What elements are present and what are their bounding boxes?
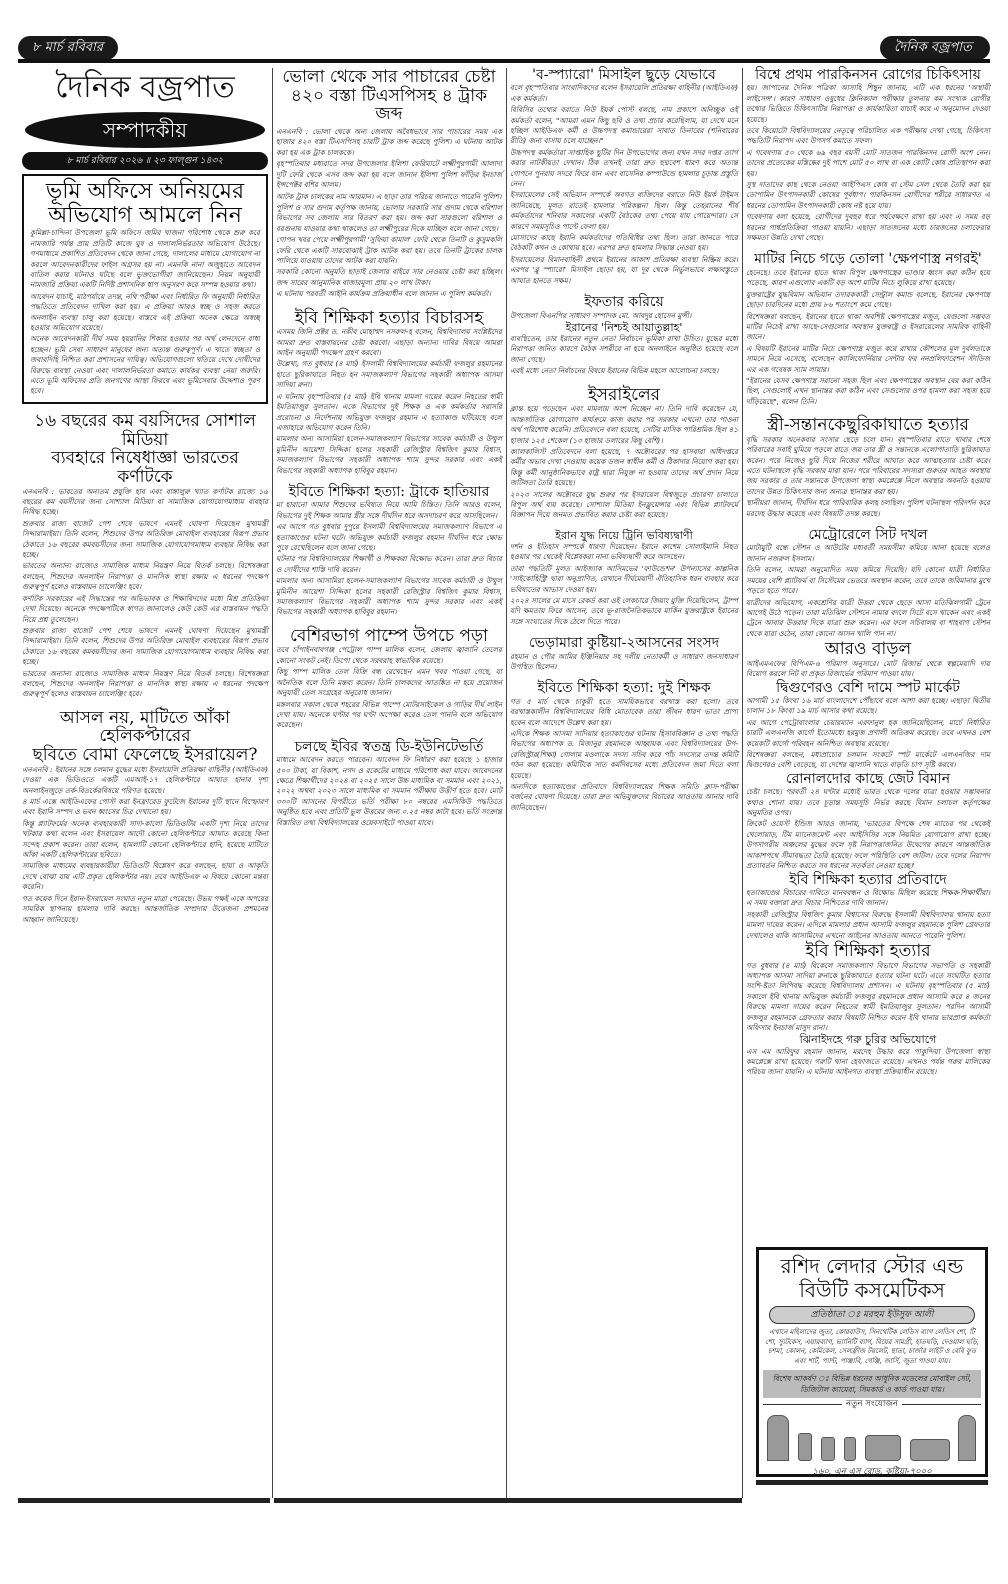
article-paragraph: তিনি বলেন, আমরা অনুমোদিত সময় কমিয়ে দিয… xyxy=(746,565,990,596)
article-paragraph: এর আগে গত বুধবার দুপুরে ইসলামী বিশ্ববিদ্… xyxy=(276,522,502,553)
article-paragraph: তারা পদ্ধতিটি মূলত আইজ্যাক আসিমভের 'ফাউন… xyxy=(510,564,738,595)
article-headline: ব্যবহারে নিষেধাজ্ঞা ভারতের কর্ণাটকে xyxy=(22,449,268,486)
article-headline: ইফতার করিয়ে xyxy=(510,295,738,310)
ad-title-line1: রশিদ লেদার স্টোর এন্ড xyxy=(763,1254,981,1278)
article-paragraph: বৃহস্পতিবার মধ্যরাতে সদর উপজেলার ইলিশা ফ… xyxy=(276,159,502,190)
article-paragraph: সরকারি কোনো অনুমতি ছাড়াই জেলার বাইরে সা… xyxy=(276,267,502,288)
editorial-paragraph: কুমিল্লা-চান্দিনা উপজেলা ভূমি অফিসে জমির… xyxy=(30,228,260,290)
article-headline: বিশ্বে প্রথম পারকিনসন রোগের চিকিৎসায় xyxy=(746,68,990,83)
editorial-paragraph: আবেদন যাচাই, মাঠপর্যায়ে তদন্ত, নথি পরীক… xyxy=(30,292,260,334)
editorial-section-label: সম্পাদকীয় xyxy=(25,112,265,148)
article-headline: ভোলা থেকে সার পাচারের চেষ্টা xyxy=(276,68,502,87)
article-paragraph: ইসরায়েলের সেই অভিযান সম্পর্কে অবগত ব্যক… xyxy=(510,190,738,232)
article-paragraph: মোটামুটি বন্ধে স্টেশন ও আউটের মধ্যবর্তী … xyxy=(746,543,990,564)
article-paragraph: সহকারী রেজিস্ট্রার বিশ্বজিৎ কুমার বিশ্বা… xyxy=(746,910,990,941)
article-headline: মাটির নিচে গড়ে তোলা 'ক্ষেপণাস্ত্র নগরই' xyxy=(746,252,990,267)
article-headline: আসল নয়, মাটিতে আঁকা হেলিকপ্টারের xyxy=(22,709,268,746)
article-headline: মেট্রোরেলে সিট দখল xyxy=(746,528,990,543)
editorial-paragraph: অনেক আবেদনকারী দীর্ঘ সময় হয়রানির শিকার… xyxy=(30,334,260,396)
article-paragraph: কর্ণাটক সরকারের এই সিদ্ধান্তের পর অভিভাব… xyxy=(22,594,268,625)
article-headline: বেশিরভাগ পাম্পে উপচে পড়া xyxy=(276,627,502,646)
ad-product-images xyxy=(763,1413,981,1461)
article-headline: ইরান যুদ্ধ নিয়ে ট্রিনি ভবিষ্যদ্বাণী xyxy=(510,530,738,542)
column-divider xyxy=(742,68,743,1498)
article-paragraph: মামলার অন্য আসামিরা হলেন-সমাজকল্যাণ বিভা… xyxy=(276,434,502,476)
header-page-title: দৈনিক বজ্রপাত পৃষ্ঠা নং-২ xyxy=(880,36,990,60)
bottom-rule xyxy=(18,1498,270,1503)
article-paragraph: ক্যালকালিস্ট প্রতিবেদনে বলা হয়েছে, ৭ অক… xyxy=(510,447,738,489)
article-paragraph: উপজেলা বিএনপির সাধারণ সম্পাদক মো. আবদুর … xyxy=(510,311,738,321)
column-1: দৈনিক বজ্রপাত সম্পাদকীয় ৮ মার্চ রবিবার … xyxy=(22,68,268,926)
article-paragraph: ক্রিকেট ওয়েস্ট ইন্ডিজ আরও জানায়, 'ভারত… xyxy=(746,819,990,871)
article-paragraph: গত বুধবার (৪ মার্চ) বিকেলে সমাজকল্যাণ বি… xyxy=(746,961,990,1034)
article-paragraph: এ বিষয়টি ইরানের মাটির নিচে ক্ষেপণাস্ত্র… xyxy=(746,344,990,375)
article-paragraph: হত্যাকাণ্ডের বিচারের দাবিতে মানববন্ধন ও … xyxy=(746,888,990,909)
article-paragraph: গত কয়েক দিনে ইরান-ইসরায়েল সংঘাত নতুন ম… xyxy=(22,894,268,925)
article-paragraph: ভারতের অন্যান্য রাজ্যেও সামাজিক মাধ্যম ন… xyxy=(22,669,268,700)
article-paragraph: আটক ট্রাক চালকের নাম আরমান। এ ছাড়া তার … xyxy=(276,192,502,202)
person-image-icon xyxy=(767,1415,789,1461)
article-headline: ইবি শিক্ষিকা হত্যার xyxy=(746,942,990,961)
article-paragraph: মা হারানো আমার শিশুদের ভবিষ্যত নিয়ে আমি… xyxy=(276,500,502,521)
article-paragraph: কিন্তু প্ল্যাটফর্মের অনেক ব্যবহারকারী সা… xyxy=(22,819,268,861)
article-headline: দ্বিগুণেরও বেশি দামে স্পট মার্কেট xyxy=(746,681,990,696)
article-paragraph: এনএনবি : ভারতের অন্যতম প্রযুক্তি হাব এবং… xyxy=(22,487,268,518)
article-headline: ভেড়ামারা কুষ্টিয়া-২আসনের সংসদ xyxy=(510,636,738,651)
article-paragraph: আগামী ১৫ কিংবা ১৬ মার্চ বাংলাদেশে পৌঁছাব… xyxy=(746,696,990,717)
column-4: বিশ্বে প্রথম পারকিনসন রোগের চিকিৎসায় হয… xyxy=(746,68,990,1079)
mobile-phone-icon xyxy=(798,1433,812,1461)
article-paragraph: ইসরায়েলের বিমানবাহিনী প্রথমে ইরানের আকা… xyxy=(510,255,738,286)
article-paragraph: গত ৫ মার্চ থেকে চাকুরী হতে সাময়িকভাবে ব… xyxy=(510,697,738,728)
page-header: ৮ মার্চ রবিবার ২০২৬ দৈনিক বজ্রপাত পৃষ্ঠা… xyxy=(0,36,1008,64)
ad-title-line2: বিউটি কসমেটিকস xyxy=(763,1278,981,1302)
article-paragraph: শুক্রবার রাজ্য বাজেট পেশ শেষে ভাষণে এমনই… xyxy=(22,519,268,561)
article-paragraph: উচ্চপদস্থ কর্মকর্তারা সাপ্তাহিক ছুটির দি… xyxy=(510,148,738,190)
ad-address: ১৬০, এন এস রোড, কুষ্টিয়া-৭০০০ xyxy=(763,1465,981,1479)
article-paragraph: উল্লেখ্য, গত বুধবার (৪ মার্চ) ইসলামী বিশ… xyxy=(276,359,502,390)
ad-founder: প্রতিষ্ঠাতা ঃ মরহুম ইউসুফ আলী xyxy=(769,1306,975,1324)
article-paragraph: এরই মধ্যে নেতা নির্বাচনের বিষয়ে ইরানের … xyxy=(510,366,738,376)
article-paragraph: রহমান ও পৌর আমির ইঞ্জিনিয়ার সহ দলীয় নে… xyxy=(510,652,738,673)
article-headline: চলছে ইবির স্বতন্ত্র ডি-ইউনিটেভর্তি xyxy=(276,740,502,755)
editorial-headline-line2: অভিযোগ আমলে নিন xyxy=(30,204,260,228)
article-headline: ইবিতে শিক্ষিকা হত্যা: দুই শিক্ষক xyxy=(510,681,738,696)
article-paragraph: তবে চাঁপাইনবাবগঞ্জ পেট্রোল পাম্প মালিক ব… xyxy=(276,645,502,666)
article-headline: ইরানের 'নিশ্চই আয়াতুল্লাহ' xyxy=(510,322,738,334)
article-headline: ইবি শিক্ষিকা হত্যার প্রতিবাদে xyxy=(746,873,990,888)
article-paragraph: এনএনবি : ভোলা থেকে অন্য জেলায় অবৈধভাবে … xyxy=(276,127,502,158)
ad-special-offer: বিশেষ আকর্ষণ ঃ বিভিন্ন ধরনের আধুনিক মডেল… xyxy=(763,1370,981,1398)
bottom-rule xyxy=(756,1480,988,1485)
article-paragraph: শুক্রবার রাজ্য বাজেট পেশ শেষে ভাষণে এমনই… xyxy=(22,626,268,668)
article-paragraph: ২০২৪ সালের মে মাসে রেকর্ড করা ওই লেকচারে… xyxy=(510,596,738,627)
article-headline: স্ত্রী-সন্তানকেছুরিকাঘাতে হত্যার xyxy=(746,416,990,435)
article-paragraph: ২০২৩ সালের অক্টোবরে যুদ্ধ শুরুর পর ইসরায… xyxy=(510,490,738,521)
article-paragraph: গবেষণায় বলা হয়েছে, রোগীদের দুবছর ধরে প… xyxy=(746,212,990,243)
editorial-date-line: ৮ মার্চ রবিবার ২০২৬ ॥ ২৩ ফাল্গুন ১৪৩২ xyxy=(22,152,268,170)
article-headline: ১৬ বছরের কম বয়সিদের সোশাল মিডিয়া xyxy=(22,412,268,449)
article-paragraph: স্থানীয়রা জানান, দীর্ঘদিন ধরে পারিবারিক… xyxy=(746,498,990,519)
article-paragraph: সামাজিক মাধ্যমের ব্যবহারকারীরা ভিডিওটি ব… xyxy=(22,861,268,892)
newspaper-page: ৮ মার্চ রবিবার ২০২৬ দৈনিক বজ্রপাত পৃষ্ঠা… xyxy=(0,0,1008,1584)
camera-icon xyxy=(865,1435,901,1461)
article-headline: ইবি শিক্ষিকা হত্যার বিচারসহ xyxy=(276,309,502,328)
article-headline: রোনালদোর কাছে জেট বিমান xyxy=(746,772,990,787)
article-headline: ছবিতে বোমা ফেলেছে ইসরায়েল? xyxy=(22,746,268,765)
article-paragraph: এদিকে শিক্ষক আসমা সাদিয়ার হত্যাকাণ্ডের … xyxy=(510,729,738,781)
video-camera-icon xyxy=(910,1439,950,1461)
article-headline: ঝিনাইদহে গরু চুরির অভিযোগে xyxy=(746,1034,990,1046)
article-paragraph: এস এম আরিফুর রহমান জানান, মরদেহ উদ্ধার ক… xyxy=(746,1047,990,1078)
article-paragraph: বিশেষজ্ঞরা বলছেন, মধ্যপ্রাচ্যের চলমান সং… xyxy=(746,750,990,771)
article-paragraph: মাধ্যমে আবেদন করতে পারবেন। আবেদন ফি নির্… xyxy=(276,755,502,828)
editorial-box: ভূমি অফিসে অনিয়মের অভিযোগ আমলে নিন কুমি… xyxy=(22,174,268,404)
article-paragraph: তবে কিয়োটো বিশ্ববিদ্যালয়ের নেতৃত্বে পর… xyxy=(746,126,990,147)
article-paragraph: বলে বৃহস্পতিবার সাংবাদিকদের বলেন ইসরায়ে… xyxy=(510,83,738,104)
article-paragraph: আইএমএফের বিপিএম-৬ পরিমাপ অনুসারে। মোট রি… xyxy=(746,659,990,680)
article-paragraph: "ইরানের যেসব ক্ষেপণাস্ত্র সরানো সহজ ছিল … xyxy=(746,376,990,407)
article-paragraph: ক্লান্ত হয়ে পড়েছেন এবং মামলায় অংশ নিচ… xyxy=(510,404,738,446)
article-paragraph: এর আগে পেট্রোবাংলার চেয়ারম্যান এরফানুল … xyxy=(746,718,990,749)
editorial-headline-line1: ভূমি অফিসে অনিয়মের xyxy=(30,180,260,204)
article-headline: আরও বাড়ল xyxy=(746,640,990,659)
article-paragraph: এ গবেষণায় ৫০ থেকে ৬৯ বছর বয়সী মোট সাতজ… xyxy=(746,148,990,179)
column-3: 'ব-স্প্যারো' মিসাইল ছুড়ে যেভাবে বলে বৃহ… xyxy=(510,68,738,814)
article-paragraph: চেষ্টা চলছে। পরবর্তী ২৪ ঘণ্টার মধ্যেই ভা… xyxy=(746,787,990,818)
article-paragraph: দর্শন ও ইতিহাস সম্পর্কে ধারণা দিয়েছেন। … xyxy=(510,542,738,563)
article-paragraph: ব্যবস্থিতেন, তার ইরানের নতুন নেতা নির্বা… xyxy=(510,334,738,365)
article-paragraph: হয়। জাপানের দৈনিক পত্রিকা আসাহি শিম্বুন… xyxy=(746,83,990,125)
article-paragraph: গোপন খবর পেয়ে লক্ষ্মীপুরগামী 'সুফিয়া ক… xyxy=(276,235,502,266)
header-date: ৮ মার্চ রবিবার ২০২৬ xyxy=(18,36,118,60)
article-headline: ৪২০ বস্তা টিএসপিসহ ৪ ট্রাক জব্দ xyxy=(276,87,502,124)
column-divider xyxy=(272,68,273,1498)
article-paragraph: মোসাদের কাছে ইরানি কর্মকর্তাদের গতিবিধির… xyxy=(510,233,738,254)
article-paragraph: ঘটনার পর বিশ্ববিদ্যালয়ের শিক্ষার্থী ও শ… xyxy=(276,554,502,575)
header-rule xyxy=(18,59,990,63)
column-divider xyxy=(506,68,507,1498)
article-paragraph: এসময় জিনি প্রক্টর ড. নকীব মোহাম্মদ নসরু… xyxy=(276,327,502,358)
article-paragraph: বিবিসির তথ্যের বরাতে নিউ ইয়র্ক পোস্ট বল… xyxy=(510,105,738,147)
article-paragraph: এনএনবি : ইরানের সঙ্গে চলমান যুদ্ধের মধ্য… xyxy=(22,765,268,796)
masthead-title: দৈনিক বজ্রপাত xyxy=(22,68,268,108)
article-paragraph: বৃদ্ধি সরকার অনেকবার সংসার ছেড়ে চলে যান… xyxy=(746,435,990,497)
advertisement-box: রশিদ লেদার স্টোর এন্ড বিউটি কসমেটিকস প্র… xyxy=(756,1247,988,1477)
article-paragraph: এ ঘটনায় বৃহস্পতিবার (৫ মার্চ) ইবি থানায… xyxy=(276,392,502,434)
article-paragraph: পুলিশ ও সার গুদাম কর্তৃপক্ষ জানায়, ভোলা… xyxy=(276,203,502,234)
article-paragraph: ৪ মার্চ এক্সে আইডিএফের পোস্ট করা ইনফ্রার… xyxy=(22,797,268,818)
article-paragraph: এ ঘটনায় পরবর্তী আইনি কার্যক্রম প্রক্রিয… xyxy=(276,289,502,299)
article-paragraph: বিশেষজ্ঞরা বলছেন, ইরানের হাতে থাকা অবশিষ… xyxy=(746,312,990,343)
article-headline: 'ব-স্প্যারো' মিসাইল ছুড়ে যেভাবে xyxy=(510,68,738,83)
article-paragraph: কিছু পাম্প মালিক তেল বিক্রি বন্ধ রেখেছেন… xyxy=(276,667,502,698)
column-2: ভোলা থেকে সার পাচারের চেষ্টা ৪২০ বস্তা ট… xyxy=(276,68,502,829)
article-paragraph: যুক্তরাষ্ট্রের যুদ্ধবিমান অভিযান তদারককা… xyxy=(746,290,990,311)
ad-item-list: এখানে মহিলাদের জুতা, কোরবাউস, সিনথেটিক ল… xyxy=(763,1328,981,1366)
person-image-icon xyxy=(958,1415,976,1461)
mobile-phone-icon xyxy=(844,1437,856,1461)
article-headline: ইসরাইলের xyxy=(510,386,738,405)
article-paragraph: মামলার অন্য আসামিরা হলেন-সমাজকল্যাণ বিভা… xyxy=(276,576,502,618)
ad-new-addition-label: নতুন সংযোজন xyxy=(842,1399,902,1409)
bottom-rule xyxy=(274,1498,742,1503)
mobile-phone-icon xyxy=(821,1437,835,1461)
article-paragraph: অন্যদিকে হত্যাকাণ্ডের প্রতিবাদে বিশ্ববিদ… xyxy=(510,782,738,813)
article-paragraph: সুস্থ দাতাদের কাছ থেকে নেওয়া আইপিএস কোষ… xyxy=(746,180,990,211)
article-paragraph: ভারতের অন্যান্য রাজ্যেও সামাজিক মাধ্যম ন… xyxy=(22,561,268,592)
ad-new-addition: নতুন সংযোজন xyxy=(763,1404,981,1415)
article-paragraph: মঙ্গলবার সকাল থেকে শহরের বিভিন্ন পাম্পে … xyxy=(276,700,502,731)
article-headline: ইবিতে শিক্ষিকা হত্যা: ট্রাকে হাতিয়ার xyxy=(276,485,502,500)
article-paragraph: যাত্রীদের অভিযোগ, একশ্রেণির যাত্রী উত্তর… xyxy=(746,598,990,640)
article-paragraph: হেনেছে। তবে ইরানের হাতে থাকা বিপুল ক্ষেপ… xyxy=(746,268,990,289)
